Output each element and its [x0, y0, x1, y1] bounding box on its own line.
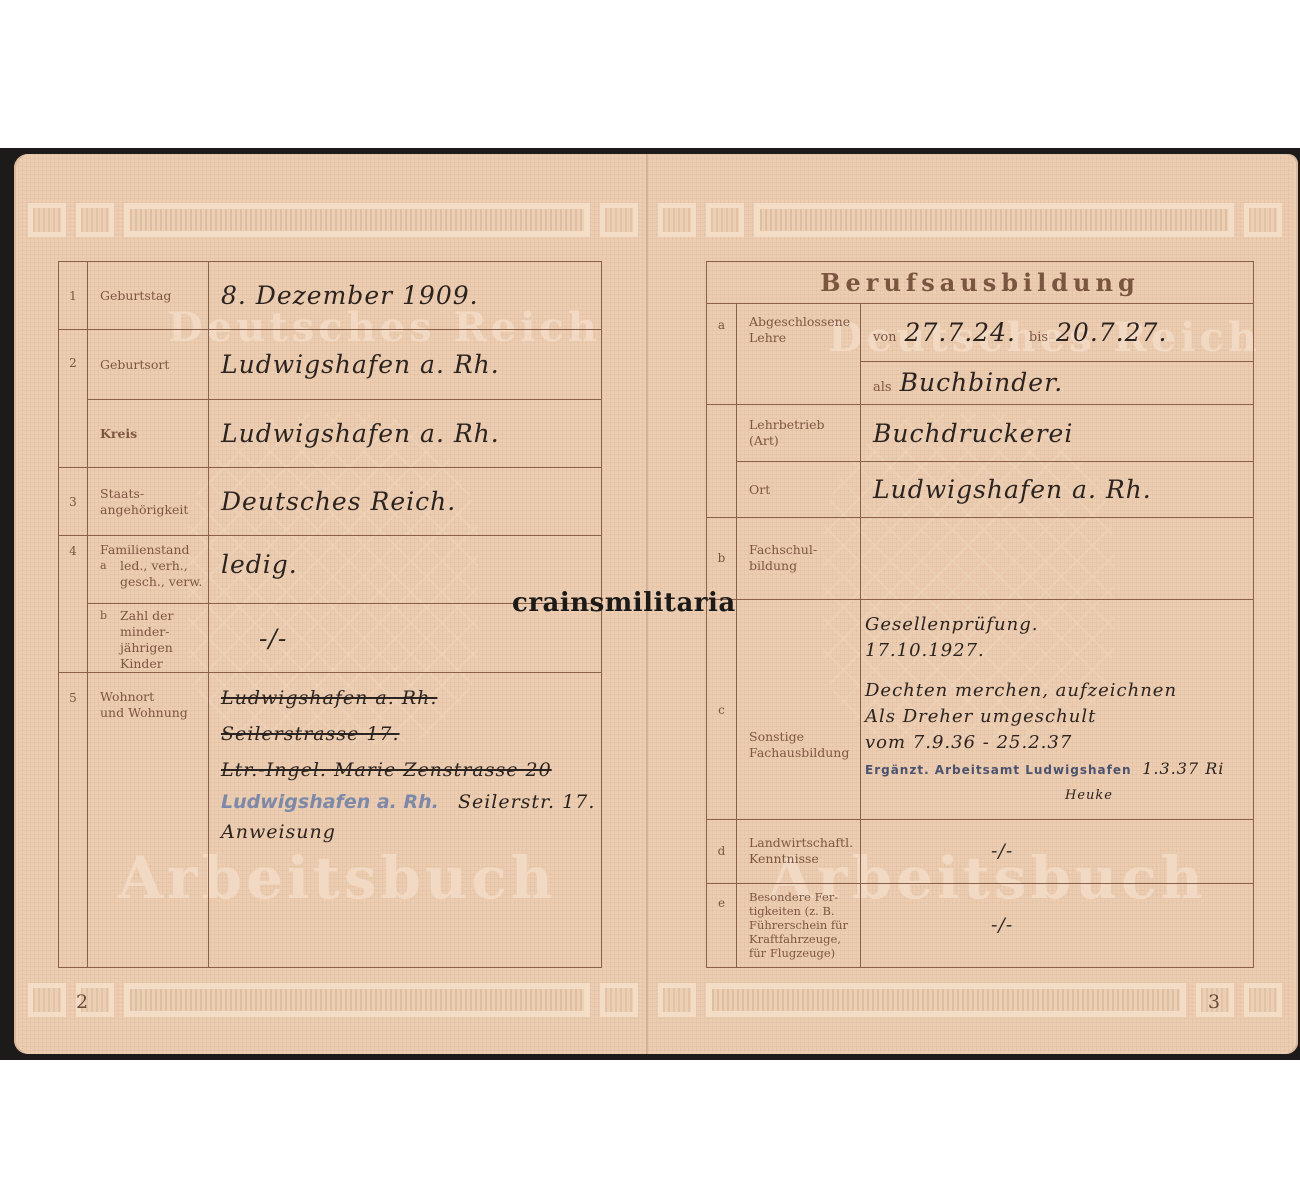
residence-line: Ludwigshafen a. Rh. Seilerstr. 17. [221, 789, 601, 815]
residence-line-struck: Ludwigshafen a. Rh. [221, 685, 601, 711]
ornament-key-icon [28, 983, 66, 1017]
from-prefix: von [873, 330, 897, 345]
table-row-special-skills: e Besondere Fer- tigkeiten (z. B. Führer… [707, 883, 1254, 967]
training-line: 17.10.1927. [865, 638, 1253, 664]
children-label-group: b Zahl der minder- jährigen Kinder [88, 604, 209, 673]
brand-watermark: crainsmilitaria [512, 588, 736, 618]
training-line: Als Dreher umgeschult [865, 704, 1253, 730]
stamp-date: 1.3.37 Ri [1142, 759, 1224, 778]
trade-value: Buchbinder. [900, 368, 1064, 397]
location-value: Ludwigshafen a. Rh. [861, 462, 1254, 517]
to-prefix: bis [1029, 330, 1048, 345]
field-label: Landwirtschaftl. Kenntnisse [737, 819, 861, 883]
ornament-key-icon [706, 203, 744, 237]
border-ornament-top [28, 200, 638, 240]
row-number: 4 [59, 536, 88, 673]
residence-address: Seilerstr. 17. [458, 791, 595, 813]
other-training-entries: Gesellenprüfung. 17.10.1927. Dechten mer… [861, 600, 1254, 820]
residence-line: Anweisung [221, 819, 601, 845]
field-label: Ort [737, 462, 861, 517]
page-number-right: 3 [1208, 991, 1220, 1013]
field-label: Besondere Fer- tigkeiten (z. B. Führersc… [737, 883, 861, 967]
technical-school-value [861, 517, 1254, 599]
field-label: Sonstige Fachausbildung [737, 600, 861, 820]
table-header-row: Berufsausbildung [707, 262, 1254, 304]
ornament-key-icon [1244, 203, 1282, 237]
citizenship-value: Deutsches Reich. [209, 468, 602, 536]
table-row-citizenship: 3 Staats- angehörigkeit Deutsches Reich. [59, 468, 602, 536]
field-label: Lehrbetrieb (Art) [737, 404, 861, 462]
row-number: 3 [59, 468, 88, 536]
field-label: Familienstand [100, 542, 208, 558]
section-letter: e [707, 883, 737, 967]
page-number-left: 2 [76, 991, 88, 1013]
field-label: Staats- angehörigkeit [88, 468, 209, 536]
section-letter: a [707, 304, 737, 405]
row-number: 2 [59, 330, 88, 468]
table-row-apprenticeship-dates: a Abgeschlossene Lehre von27.7.24. bis20… [707, 304, 1254, 362]
ornament-key-icon [76, 203, 114, 237]
signature: Heuke [865, 783, 1253, 809]
ornament-bar [124, 203, 590, 237]
row-number: 1 [59, 262, 88, 330]
as-prefix: als [873, 380, 892, 395]
labor-office-stamp: Ergänzt. Arbeitsamt Ludwigshafen [865, 763, 1132, 777]
training-line: Dechten merchen, aufzeichnen [865, 678, 1253, 704]
table-row-residence: 5 Wohnort und Wohnung Ludwigshafen a. Rh… [59, 673, 602, 968]
ornament-key-icon [600, 203, 638, 237]
birthplace-value: Ludwigshafen a. Rh. [209, 330, 602, 400]
table-row-location: Ort Ludwigshafen a. Rh. [707, 462, 1254, 517]
sub-letter: a [100, 558, 120, 590]
sub-label: Zahl der minder- jährigen Kinder [120, 608, 174, 672]
district-value: Ludwigshafen a. Rh. [209, 400, 602, 468]
ornament-key-icon [1244, 983, 1282, 1017]
from-date: 27.7.24. [905, 318, 1016, 347]
table-row-birthplace: 2 Geburtsort Ludwigshafen a. Rh. [59, 330, 602, 400]
ornament-key-icon [28, 203, 66, 237]
table-row-birthdate: 1 Geburtstag 8. Dezember 1909. [59, 262, 602, 330]
table-row-agricultural: d Landwirtschaftl. Kenntnisse -/- [707, 819, 1254, 883]
section-letter: c [707, 600, 737, 820]
birthdate-value: 8. Dezember 1909. [209, 262, 602, 330]
apprenticeship-trade: alsBuchbinder. [861, 361, 1254, 404]
residence-entries: Ludwigshafen a. Rh. Seilerstrasse 17. Lt… [209, 673, 602, 968]
ornament-bar [754, 203, 1234, 237]
right-page: Deutsches Reich Arbeitsbuch Berufsausbil… [648, 154, 1294, 1054]
ornament-bar [124, 983, 590, 1017]
border-ornament-bottom [28, 980, 638, 1020]
field-label: Kreis [88, 400, 209, 468]
section-title: Berufsausbildung [707, 262, 1254, 304]
ornament-key-icon [600, 983, 638, 1017]
section-letter: d [707, 819, 737, 883]
field-label: Geburtstag [88, 262, 209, 330]
vocational-training-table: Berufsausbildung a Abgeschlossene Lehre … [706, 261, 1254, 968]
border-ornament-bottom [658, 980, 1282, 1020]
marital-status-label-group: Familienstand a led., verh., gesch., ver… [88, 536, 209, 604]
row-number: 5 [59, 673, 88, 968]
table-row-technical-school: b Fachschul- bildung [707, 517, 1254, 599]
training-line: vom 7.9.36 - 25.2.37 [865, 730, 1253, 756]
field-label: Fachschul- bildung [737, 517, 861, 599]
residence-line-struck: Ltr.-Ingel. Marie Zenstrasse 20 [221, 757, 601, 783]
field-label: Geburtsort [88, 330, 209, 400]
ornament-key-icon [658, 983, 696, 1017]
to-date: 20.7.27. [1056, 318, 1167, 347]
training-company-value: Buchdruckerei [861, 404, 1254, 462]
border-ornament-top [658, 200, 1282, 240]
ornament-bar [706, 983, 1186, 1017]
city-stamp: Ludwigshafen a. Rh. [221, 791, 439, 813]
table-row-district: Kreis Ludwigshafen a. Rh. [59, 400, 602, 468]
labor-office-stamp-line: Ergänzt. Arbeitsamt Ludwigshafen 1.3.37 … [865, 756, 1253, 783]
table-row-other-training: c Sonstige Fachausbildung Gesellenprüfun… [707, 600, 1254, 820]
field-label: Wohnort und Wohnung [88, 673, 209, 968]
training-line: Gesellenprüfung. [865, 612, 1253, 638]
apprenticeship-dates: von27.7.24. bis20.7.27. [861, 304, 1254, 362]
special-skills-value: -/- [861, 883, 1254, 967]
field-label: Abgeschlossene Lehre [737, 304, 861, 405]
sub-label: led., verh., gesch., verw. [120, 558, 202, 590]
ornament-key-icon [658, 203, 696, 237]
sub-letter: b [100, 608, 120, 672]
section-letter [707, 404, 737, 517]
agricultural-value: -/- [861, 819, 1254, 883]
table-row-training-company: Lehrbetrieb (Art) Buchdruckerei [707, 404, 1254, 462]
residence-line-struck: Seilerstrasse 17. [221, 721, 601, 747]
